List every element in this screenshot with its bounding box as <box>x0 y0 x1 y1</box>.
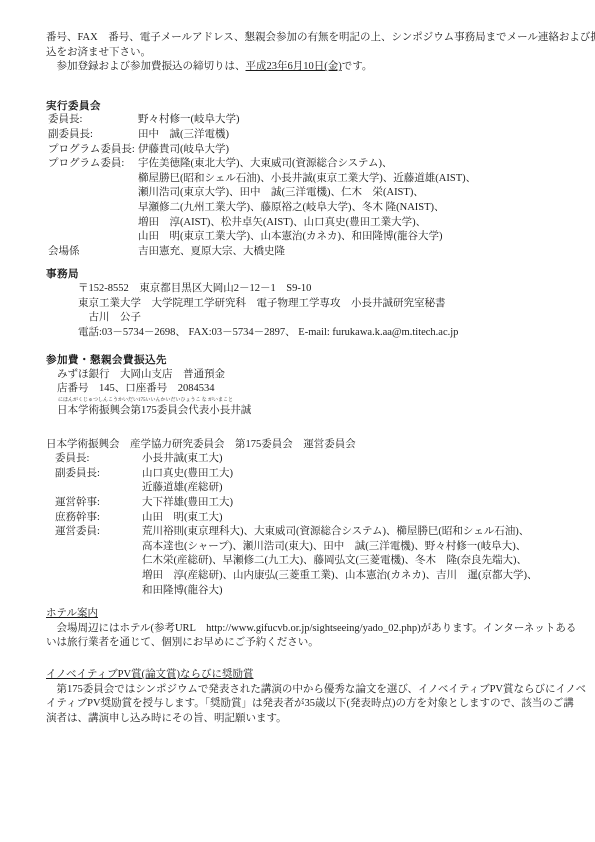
member-line: 山田 明(東工大) <box>142 511 567 526</box>
committee-row: 運営委員: 荒川裕則(東京理科大)、大東威司(資源総合システム)、櫛屋勝巳(昭和… <box>46 525 567 598</box>
member-line: 山田 明(東京工業大学)、山本憲治(カネカ)、和田隆博(龍谷大学) <box>138 230 567 245</box>
exec-committee-heading: 実行委員会 <box>46 99 567 114</box>
member-line: 宇佐美徳隆(東北大学)、大東威司(資源総合システム)、 <box>138 157 567 172</box>
deadline-line: 参加登録および参加費振込の締切りは、平成23年6月10日(金)です。 <box>46 60 567 75</box>
hotel-line: いは旅行業者を通じて、個別にお早めにご予約ください。 <box>46 636 567 651</box>
hotel-line: 会場周辺にはホテル(参考URL http://www.gifucvb.or.jp… <box>46 622 567 637</box>
member-line: 伊藤貴司(岐阜大学) <box>138 143 567 158</box>
member-line: 荒川裕則(東京理科大)、大東威司(資源総合システム)、櫛屋勝巳(昭和シェル石油)… <box>142 525 567 540</box>
member-line: 早瀬修二(九州工業大学)、藤原裕之(岐阜大学)、冬木 隆(NAIST)、 <box>138 201 567 216</box>
member-line: 櫛屋勝巳(昭和シェル石油)、小長井誠(東京工業大学)、近藤道雄(AIST)、 <box>138 172 567 187</box>
document-page: 番号、FAX 番号、電子メールアドレス、懇親会参加の有無を明記の上、シンポジウム… <box>0 0 595 842</box>
row-label: 庶務幹事: <box>46 511 142 526</box>
member-line: 瀬川浩司(東京大学)、田中 誠(三洋電機)、仁木 栄(AIST)、 <box>138 186 567 201</box>
member-line: 近藤道雄(産総研) <box>142 481 567 496</box>
row-label: 副委員長: <box>46 128 138 143</box>
row-values: 小長井誠(東工大) <box>142 452 567 467</box>
secretariat-address: 〒152-8552 東京都目黒区大岡山2－12－1 S9-10 東京工業大学 大… <box>78 282 567 340</box>
section-exec-committee: 実行委員会 委員長: 野々村修一(岐阜大学) 副委員長: 田中 誠(三洋電機) … <box>46 99 567 260</box>
row-label: 運営幹事: <box>46 496 142 511</box>
row-label: プログラム委員: <box>46 157 138 172</box>
steering-committee-heading: 日本学術振興会 産学協力研究委員会 第175委員会 運営委員会 <box>46 438 567 453</box>
section-steering-committee: 日本学術振興会 産学協力研究委員会 第175委員会 運営委員会 委員長: 小長井… <box>46 438 567 599</box>
member-line: 仁木栄(産総研)、早瀬修二(九工大)、藤岡弘文(三菱電機)、冬木 隆(奈良先端大… <box>142 554 567 569</box>
member-line: 田中 誠(三洋電機) <box>138 128 567 143</box>
row-label: 委員長: <box>46 113 138 128</box>
award-line: 演者は、講演申し込み時にその旨、明記願います。 <box>46 712 567 727</box>
committee-row: プログラム委員長: 伊藤貴司(岐阜大学) <box>46 143 567 158</box>
member-line: 和田隆博(龍谷大) <box>142 584 567 599</box>
hotel-heading: ホテル案内 <box>46 608 98 619</box>
committee-row: 副委員長: 山口真史(豊田工大) 近藤道雄(産総研) <box>46 467 567 496</box>
row-label: 運営委員: <box>46 525 142 540</box>
member-line: 高本達也(シャープ)、瀬川浩司(東大)、田中 誠(三洋電機)、野々村修一(岐阜大… <box>142 540 567 555</box>
section-award: イノベイティブPV賞(論文賞)ならびに奨励賞 第175委員会ではシンポジウムで発… <box>46 668 567 726</box>
award-line: イティブPV奨励賞を授与します。「奨励賞」は発表者が35歳以下(発表時点)の方を… <box>46 697 567 712</box>
row-values: 荒川裕則(東京理科大)、大東威司(資源総合システム)、櫛屋勝巳(昭和シェル石油)… <box>142 525 567 598</box>
row-values: 大下祥雄(豊田工大) <box>142 496 567 511</box>
row-values: 吉田憲充、夏原大宗、大橋史隆 <box>138 245 567 260</box>
address-line: 〒152-8552 東京都目黒区大岡山2－12－1 S9-10 <box>78 282 567 297</box>
row-values: 伊藤貴司(岐阜大学) <box>138 143 567 158</box>
committee-row: 庶務幹事: 山田 明(東工大) <box>46 511 567 526</box>
row-label: 会場係 <box>46 245 138 260</box>
committee-row: プログラム委員: 宇佐美徳隆(東北大学)、大東威司(資源総合システム)、 櫛屋勝… <box>46 157 567 245</box>
row-values: 山田 明(東工大) <box>142 511 567 526</box>
member-line: 吉田憲充、夏原大宗、大橋史隆 <box>138 245 567 260</box>
account-name-ruby: にほんがくじゅつしんこうかいだい175いいんかいだいひょうこ な がいまこと <box>58 397 567 404</box>
award-line: 第175委員会ではシンポジウムで発表された講演の中から優秀な論文を選び、イノベイ… <box>46 683 567 698</box>
member-line: 増田 淳(産総研)、山内康弘(三菱重工業)、山本憲治(カネカ)、吉川 暹(京都大… <box>142 569 567 584</box>
award-heading: イノベイティブPV賞(論文賞)ならびに奨励賞 <box>46 669 254 680</box>
row-label: プログラム委員長: <box>46 143 138 158</box>
bank-line: みずほ銀行 大岡山支店 普通預金 <box>57 368 567 383</box>
intro-line: 番号、FAX 番号、電子メールアドレス、懇親会参加の有無を明記の上、シンポジウム… <box>46 31 567 46</box>
intro-line: 込をお済ませ下さい。 <box>46 46 567 61</box>
member-line: 大下祥雄(豊田工大) <box>142 496 567 511</box>
payment-heading: 参加費・懇親会費振込先 <box>46 353 567 368</box>
committee-row: 委員長: 野々村修一(岐阜大学) <box>46 113 567 128</box>
account-number-line: 店番号 145、口座番号 2084534 <box>57 382 567 397</box>
deadline-prefix: 参加登録および参加費振込の締切りは、 <box>46 61 246 72</box>
deadline-suffix: です。 <box>342 61 373 72</box>
committee-row: 副委員長: 田中 誠(三洋電機) <box>46 128 567 143</box>
section-secretariat: 事務局 〒152-8552 東京都目黒区大岡山2－12－1 S9-10 東京工業… <box>46 267 567 340</box>
contact-line: 電話:03－5734－2698、 FAX:03－5734－2897、 E-mai… <box>78 326 567 341</box>
row-values: 田中 誠(三洋電機) <box>138 128 567 143</box>
section-payment: 参加費・懇親会費振込先 みずほ銀行 大岡山支店 普通預金 店番号 145、口座番… <box>46 353 567 418</box>
committee-row: 会場係 吉田憲充、夏原大宗、大橋史隆 <box>46 245 567 260</box>
account-name: 日本学術振興会第175委員会代表小長井誠 <box>57 404 567 419</box>
member-line: 山口真史(豊田工大) <box>142 467 567 482</box>
secretary-name: 古川 公子 <box>78 311 567 326</box>
row-label: 委員長: <box>46 452 142 467</box>
row-label: 副委員長: <box>46 467 142 482</box>
deadline-date: 平成23年6月10日(金) <box>246 61 342 72</box>
member-line: 増田 淳(AIST)、松井卓矢(AIST)、山口真史(豊田工業大学)、 <box>138 216 567 231</box>
section-hotel: ホテル案内 会場周辺にはホテル(参考URL http://www.gifucvb… <box>46 607 567 651</box>
row-values: 山口真史(豊田工大) 近藤道雄(産総研) <box>142 467 567 496</box>
intro-paragraph: 番号、FAX 番号、電子メールアドレス、懇親会参加の有無を明記の上、シンポジウム… <box>46 31 567 75</box>
row-values: 野々村修一(岐阜大学) <box>138 113 567 128</box>
secretariat-heading: 事務局 <box>46 267 567 282</box>
member-line: 野々村修一(岐阜大学) <box>138 113 567 128</box>
row-values: 宇佐美徳隆(東北大学)、大東威司(資源総合システム)、 櫛屋勝巳(昭和シェル石油… <box>138 157 567 245</box>
committee-row: 運営幹事: 大下祥雄(豊田工大) <box>46 496 567 511</box>
member-line: 小長井誠(東工大) <box>142 452 567 467</box>
address-line: 東京工業大学 大学院理工学研究科 電子物理工学専攻 小長井誠研究室秘書 <box>78 297 567 312</box>
committee-row: 委員長: 小長井誠(東工大) <box>46 452 567 467</box>
